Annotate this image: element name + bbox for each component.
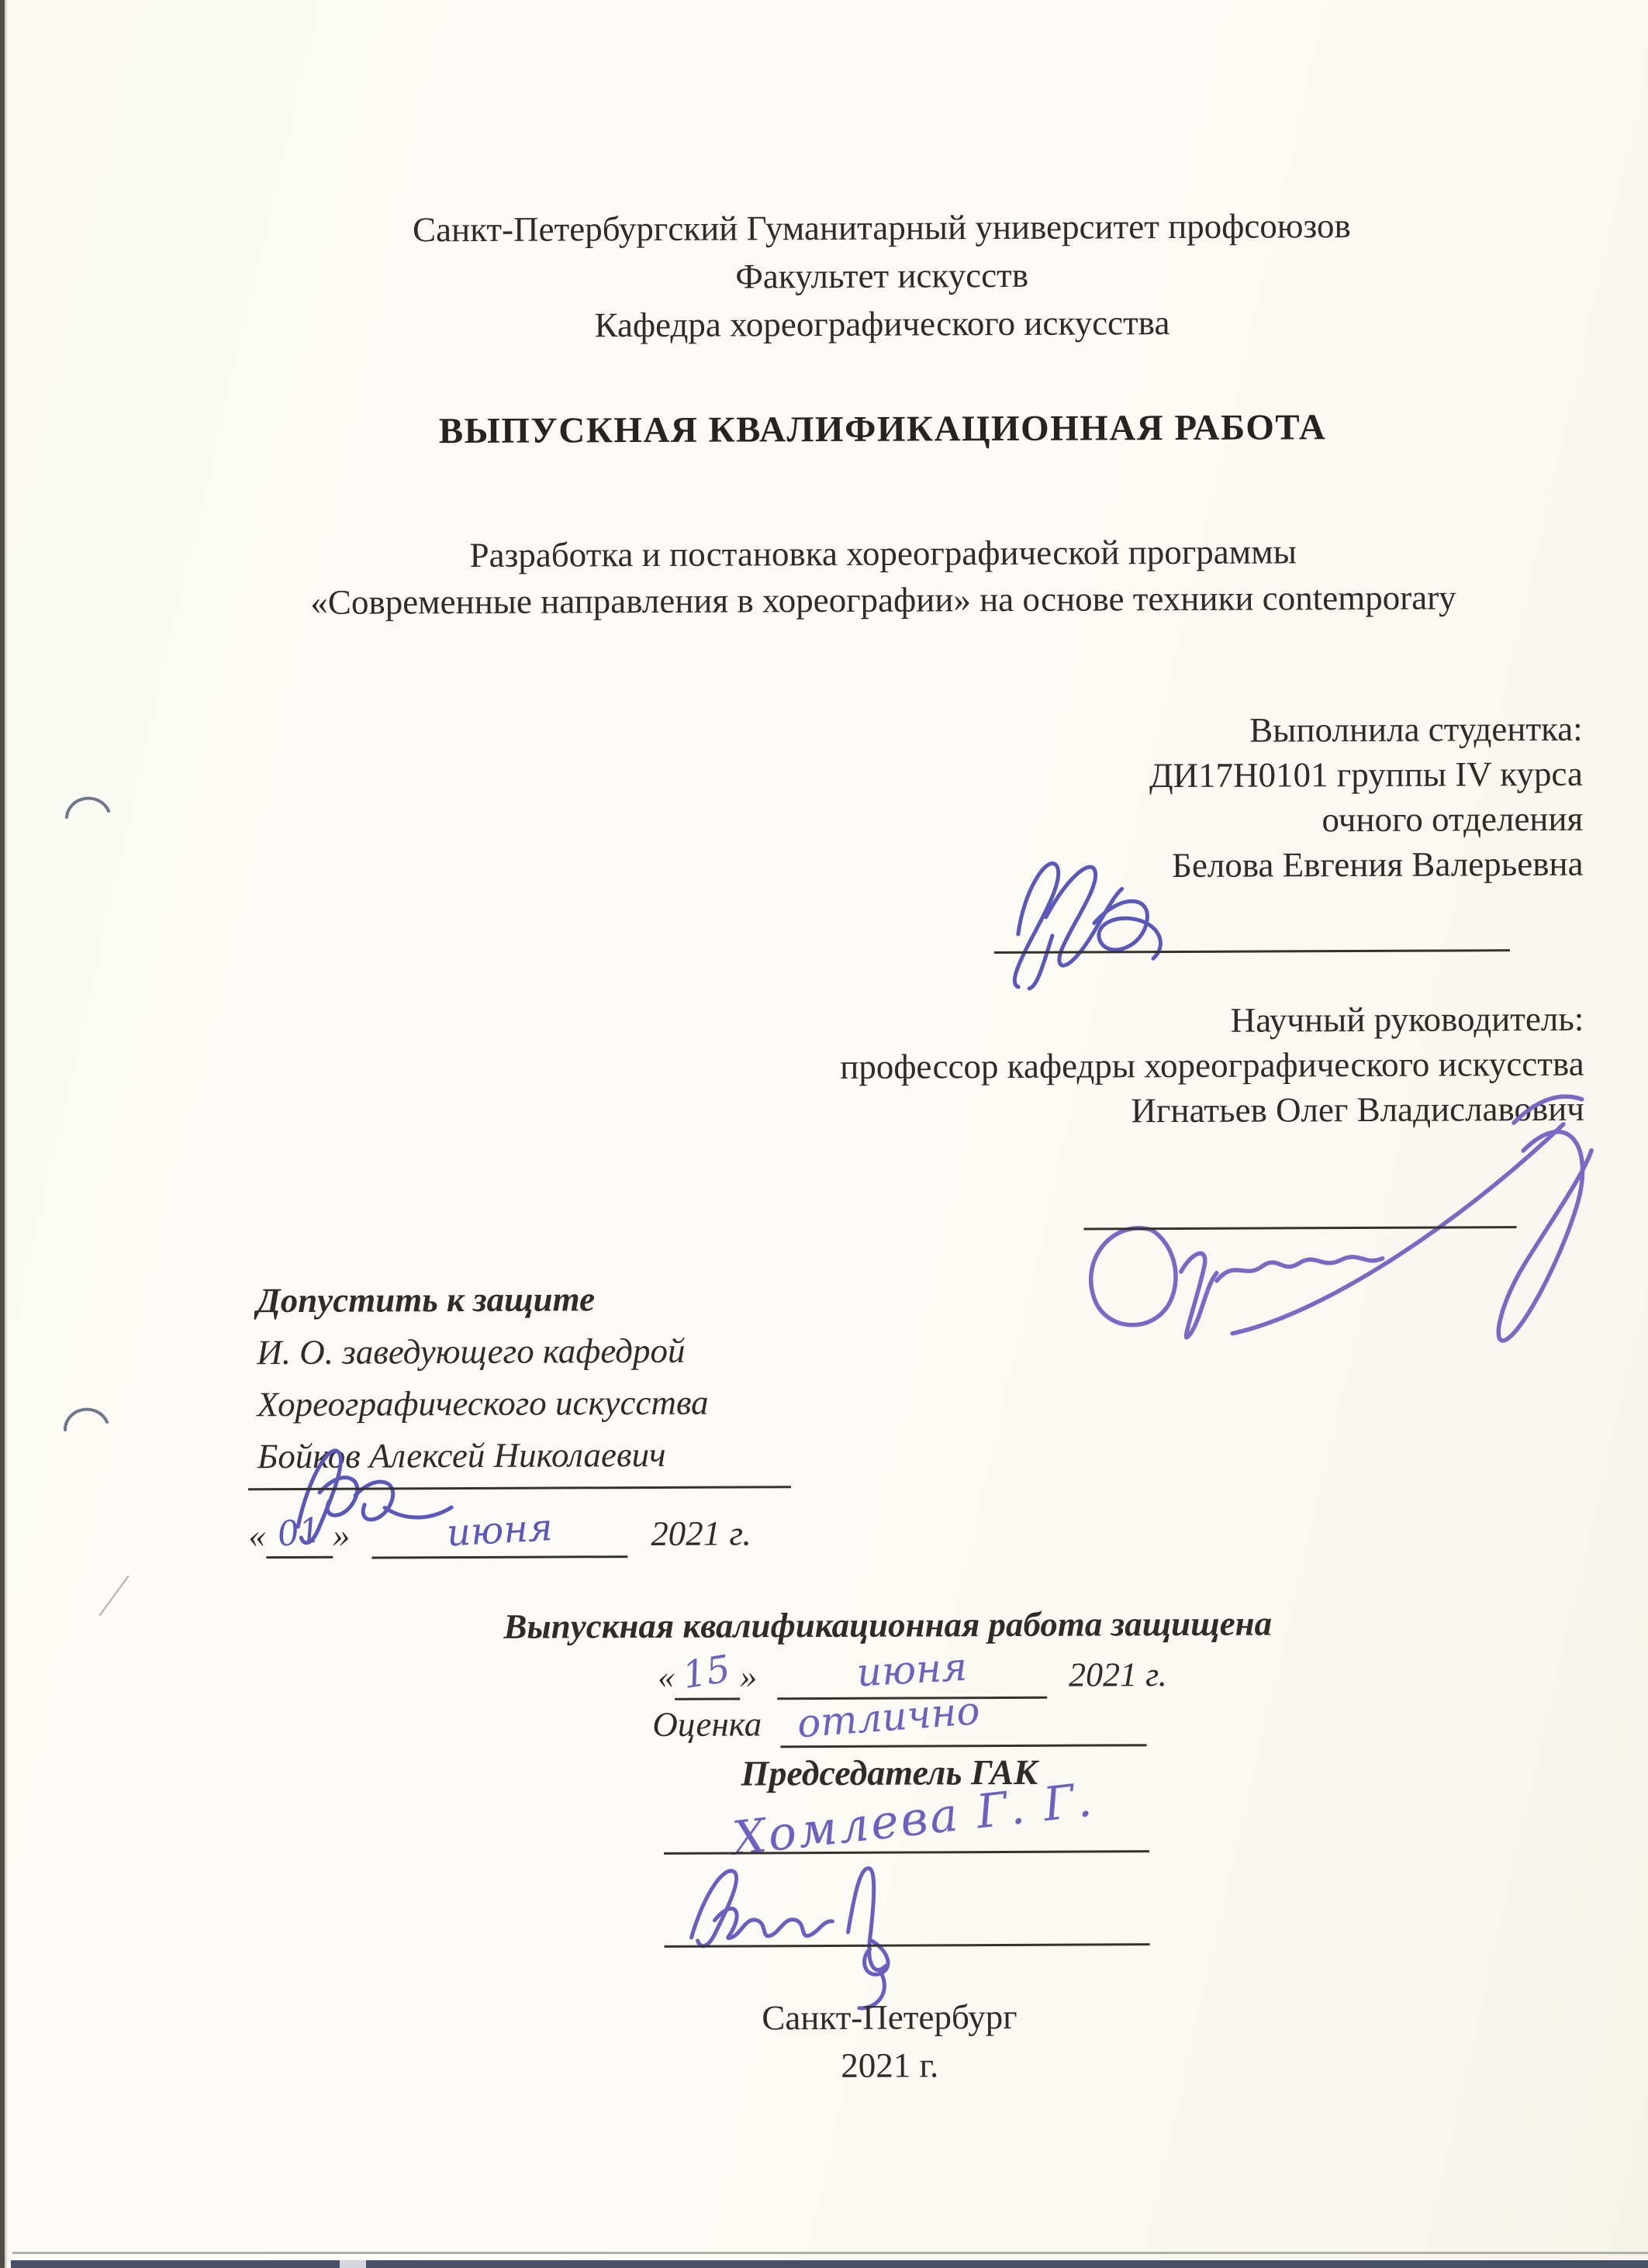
- punch-hole-mark-top: [64, 785, 113, 834]
- city-line: Санкт-Петербург: [762, 1997, 1017, 2039]
- student-group: ДИ17Н0101 группы IV курса: [1149, 754, 1583, 797]
- admission-month-handwritten: июня: [445, 1506, 554, 1555]
- scan-edge-left-highlight: [5, 0, 7, 2268]
- scanned-title-page: Санкт-Петербургский Гуманитарный универс…: [0, 0, 1648, 2268]
- grade-slot: отлично: [780, 1698, 1146, 1748]
- faculty-line: Факультет искусств: [735, 255, 1028, 298]
- student-heading: Выполнила студентка:: [1249, 709, 1583, 751]
- grade-label: Оценка: [652, 1704, 762, 1744]
- student-name: Белова Евгения Валерьевна: [1172, 844, 1584, 886]
- supervisor-heading: Научный руководитель:: [1231, 999, 1584, 1041]
- work-type-title: ВЫПУСКНАЯ КВАЛИФИКАЦИОННАЯ РАБОТА: [439, 406, 1327, 453]
- admission-day-handwritten: 01: [275, 1510, 323, 1555]
- admission-day-slot: 01: [266, 1515, 333, 1559]
- admission-line-3: Хореографического искусства: [257, 1383, 708, 1426]
- defense-quote-close: »: [740, 1657, 757, 1695]
- department-line: Кафедра хореографического искусства: [594, 302, 1169, 346]
- thesis-title-line1: Разработка и постановка хореографической…: [469, 531, 1297, 576]
- scan-bottom-band: [11, 2260, 1648, 2268]
- student-mode: очного отделения: [1322, 799, 1583, 841]
- student-signature: [977, 842, 1211, 990]
- admission-line-1: Допустить к защите: [257, 1279, 595, 1321]
- grade-row: Оценкаотлично: [652, 1698, 1146, 1748]
- scan-bottom-band-gap: [340, 2260, 366, 2268]
- scan-bottom-line: [12, 2252, 1648, 2254]
- admission-date-row: «01»июня2021 г.: [248, 1510, 751, 1559]
- defense-day-slot: 15: [675, 1653, 740, 1700]
- punch-hole-mark-bottom: [62, 1396, 112, 1445]
- admission-quote-open: «: [248, 1516, 266, 1555]
- defense-year: 2021 г.: [1069, 1655, 1167, 1694]
- institution-line: Санкт-Петербургский Гуманитарный универс…: [413, 205, 1351, 250]
- admission-year: 2021 г.: [651, 1514, 751, 1553]
- document-content: Санкт-Петербургский Гуманитарный универс…: [0, 0, 1648, 2268]
- defense-quote-open: «: [658, 1658, 675, 1696]
- defense-month-handwritten: июня: [855, 1645, 968, 1697]
- supervisor-signature: [1049, 1076, 1601, 1358]
- defense-heading: Выпускная квалификационная работа защище…: [503, 1603, 1272, 1647]
- admission-line-2: И. О. заведующего кафедрой: [257, 1331, 685, 1374]
- chairman-signature: [674, 1859, 1000, 2015]
- year-line: 2021 г.: [841, 2045, 938, 2087]
- admission-month-slot: июня: [371, 1511, 627, 1559]
- thesis-title-line2: «Современные направления в хореографии» …: [310, 577, 1456, 623]
- admission-quote-close: »: [333, 1516, 351, 1555]
- defense-day-handwritten: 15: [680, 1647, 734, 1698]
